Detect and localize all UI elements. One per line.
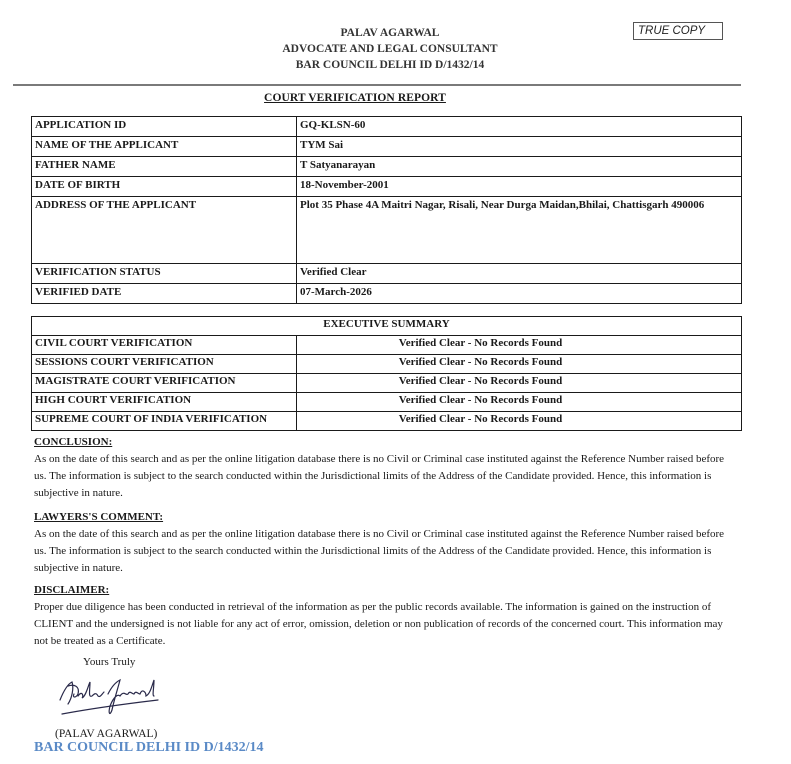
footer-bar-council-id: BAR COUNCIL DELHI ID D/1432/14 [34, 740, 263, 756]
lawyers-comment-section: LAWYERS'S COMMENT: As on the date of thi… [34, 509, 734, 577]
advocate-name: PALAV AGARWAL [240, 25, 540, 41]
report-title: COURT VERIFICATION REPORT [0, 92, 710, 104]
detail-value: 18-November-2001 [297, 177, 742, 197]
advocate-title: ADVOCATE AND LEGAL CONSULTANT [240, 41, 540, 57]
table-row: HIGH COURT VERIFICATIONVerified Clear - … [32, 393, 742, 412]
table-row: VERIFICATION STATUSVerified Clear [32, 264, 742, 284]
summary-value: Verified Clear - No Records Found [297, 412, 742, 431]
table-row: FATHER NAMET Satyanarayan [32, 157, 742, 177]
conclusion-section: CONCLUSION: As on the date of this searc… [34, 434, 734, 502]
summary-value: Verified Clear - No Records Found [297, 355, 742, 374]
table-row: SESSIONS COURT VERIFICATIONVerified Clea… [32, 355, 742, 374]
advocate-bar-id: BAR COUNCIL DELHI ID D/1432/14 [240, 57, 540, 73]
table-row: SUPREME COURT OF INDIA VERIFICATIONVerif… [32, 412, 742, 431]
detail-label: DATE OF BIRTH [32, 177, 297, 197]
detail-value: T Satyanarayan [297, 157, 742, 177]
lawyers-comment-text: As on the date of this search and as per… [34, 526, 734, 577]
closing-salutation: Yours Truly [83, 656, 135, 668]
table-row: ADDRESS OF THE APPLICANTPlot 35 Phase 4A… [32, 197, 742, 264]
conclusion-text: As on the date of this search and as per… [34, 451, 734, 502]
summary-label: SUPREME COURT OF INDIA VERIFICATION [32, 412, 297, 431]
detail-value: Verified Clear [297, 264, 742, 284]
detail-label: APPLICATION ID [32, 117, 297, 137]
table-row: NAME OF THE APPLICANTTYM Sai [32, 137, 742, 157]
detail-value: 07-March-2026 [297, 284, 742, 304]
header-divider [13, 84, 741, 86]
detail-value: Plot 35 Phase 4A Maitri Nagar, Risali, N… [297, 197, 742, 264]
table-row: MAGISTRATE COURT VERIFICATIONVerified Cl… [32, 374, 742, 393]
lawyers-comment-heading: LAWYERS'S COMMENT: [34, 509, 734, 526]
table-row: DATE OF BIRTH18-November-2001 [32, 177, 742, 197]
disclaimer-text: Proper due diligence has been conducted … [34, 599, 734, 650]
detail-label: NAME OF THE APPLICANT [32, 137, 297, 157]
detail-label: FATHER NAME [32, 157, 297, 177]
detail-value: GQ-KLSN-60 [297, 117, 742, 137]
detail-label: ADDRESS OF THE APPLICANT [32, 197, 297, 264]
letterhead: PALAV AGARWAL ADVOCATE AND LEGAL CONSULT… [240, 25, 540, 73]
summary-heading: EXECUTIVE SUMMARY [32, 317, 742, 336]
summary-label: SESSIONS COURT VERIFICATION [32, 355, 297, 374]
detail-label: VERIFICATION STATUS [32, 264, 297, 284]
summary-label: HIGH COURT VERIFICATION [32, 393, 297, 412]
summary-label: MAGISTRATE COURT VERIFICATION [32, 374, 297, 393]
applicant-details-table: APPLICATION IDGQ-KLSN-60 NAME OF THE APP… [31, 116, 742, 304]
table-row: CIVIL COURT VERIFICATIONVerified Clear -… [32, 336, 742, 355]
table-row: VERIFIED DATE07-March-2026 [32, 284, 742, 304]
signer-name: (PALAV AGARWAL) [55, 728, 157, 740]
true-copy-stamp: TRUE COPY [633, 22, 723, 40]
disclaimer-section: DISCLAIMER: Proper due diligence has bee… [34, 582, 734, 650]
conclusion-heading: CONCLUSION: [34, 434, 734, 451]
summary-label: CIVIL COURT VERIFICATION [32, 336, 297, 355]
summary-value: Verified Clear - No Records Found [297, 374, 742, 393]
disclaimer-heading: DISCLAIMER: [34, 582, 734, 599]
summary-value: Verified Clear - No Records Found [297, 336, 742, 355]
detail-value: TYM Sai [297, 137, 742, 157]
signature-icon [54, 676, 164, 724]
summary-value: Verified Clear - No Records Found [297, 393, 742, 412]
executive-summary-table: EXECUTIVE SUMMARY CIVIL COURT VERIFICATI… [31, 316, 742, 431]
table-row: APPLICATION IDGQ-KLSN-60 [32, 117, 742, 137]
table-header-row: EXECUTIVE SUMMARY [32, 317, 742, 336]
detail-label: VERIFIED DATE [32, 284, 297, 304]
